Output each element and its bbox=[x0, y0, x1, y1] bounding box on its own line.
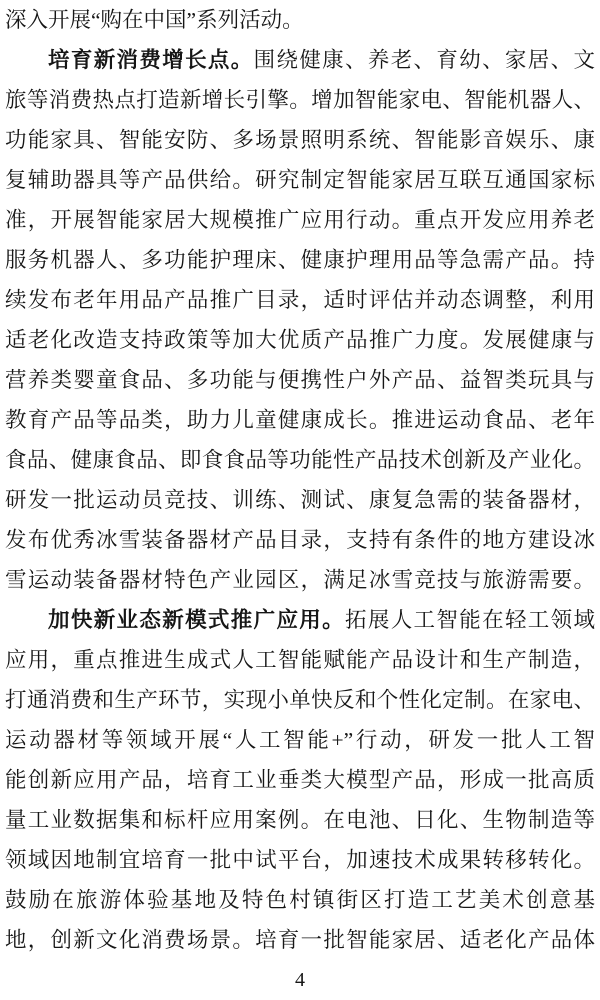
body-line: 准，开展智能家居大规模推广应用行动。重点开发应用养老 bbox=[5, 200, 595, 240]
body-line: 研发一批运动员竞技、训练、测试、康复急需的装备器材， bbox=[5, 480, 595, 520]
body-line: 运动器材等领域开展“人工智能+”行动，研发一批人工智 bbox=[5, 720, 595, 760]
body-line: 鼓励在旅游体验基地及特色村镇街区打造工艺美术创意基 bbox=[5, 880, 595, 920]
body-line: 功能家具、智能安防、多场景照明系统、智能影音娱乐、康 bbox=[5, 120, 595, 160]
body-line: 服务机器人、多功能护理床、健康护理用品等急需产品。持 bbox=[5, 240, 595, 280]
body-line: 培育新消费增长点。围绕健康、养老、育幼、家居、文 bbox=[5, 40, 595, 80]
body-line: 量工业数据集和标杆应用案例。在电池、日化、生物制造等 bbox=[5, 800, 595, 840]
body-line: 食品、健康食品、即食食品等功能性产品技术创新及产业化。 bbox=[5, 440, 595, 480]
body-line: 教育产品等品类，助力儿童健康成长。推进运动食品、老年 bbox=[5, 400, 595, 440]
body-line: 加快新业态新模式推广应用。拓展人工智能在轻工领域 bbox=[5, 600, 595, 640]
body-line: 续发布老年用品产品推广目录，适时评估并动态调整，利用 bbox=[5, 280, 595, 320]
body-line: 复辅助器具等产品供给。研究制定智能家居互联互通国家标 bbox=[5, 160, 595, 200]
page-number: 4 bbox=[0, 964, 600, 996]
body-line: 能创新应用产品，培育工业垂类大模型产品，形成一批高质 bbox=[5, 760, 595, 800]
body-line: 地，创新文化消费场景。培育一批智能家居、适老化产品体 bbox=[5, 920, 595, 960]
body-line: 旅等消费热点打造新增长引擎。增加智能家电、智能机器人、 bbox=[5, 80, 595, 120]
document-page: 深入开展“购在中国”系列活动。培育新消费增长点。围绕健康、养老、育幼、家居、文旅… bbox=[0, 0, 600, 1000]
body-line: 适老化改造支持政策等加大优质产品推广力度。发展健康与 bbox=[5, 320, 595, 360]
body-line: 发布优秀冰雪装备器材产品目录，支持有条件的地方建设冰 bbox=[5, 520, 595, 560]
paragraph-lead-bold: 加快新业态新模式推广应用。 bbox=[48, 608, 345, 632]
body-line: 深入开展“购在中国”系列活动。 bbox=[5, 0, 595, 40]
paragraph-lead-bold: 培育新消费增长点。 bbox=[48, 48, 254, 72]
text-block: 深入开展“购在中国”系列活动。培育新消费增长点。围绕健康、养老、育幼、家居、文旅… bbox=[5, 0, 595, 960]
body-line: 营养类婴童食品、多功能与便携性户外产品、益智类玩具与 bbox=[5, 360, 595, 400]
body-line: 应用，重点推进生成式人工智能赋能产品设计和生产制造， bbox=[5, 640, 595, 680]
body-line: 领域因地制宜培育一批中试平台，加速技术成果转移转化。 bbox=[5, 840, 595, 880]
body-line: 雪运动装备器材特色产业园区，满足冰雪竞技与旅游需要。 bbox=[5, 560, 595, 600]
body-line: 打通消费和生产环节，实现小单快反和个性化定制。在家电、 bbox=[5, 680, 595, 720]
